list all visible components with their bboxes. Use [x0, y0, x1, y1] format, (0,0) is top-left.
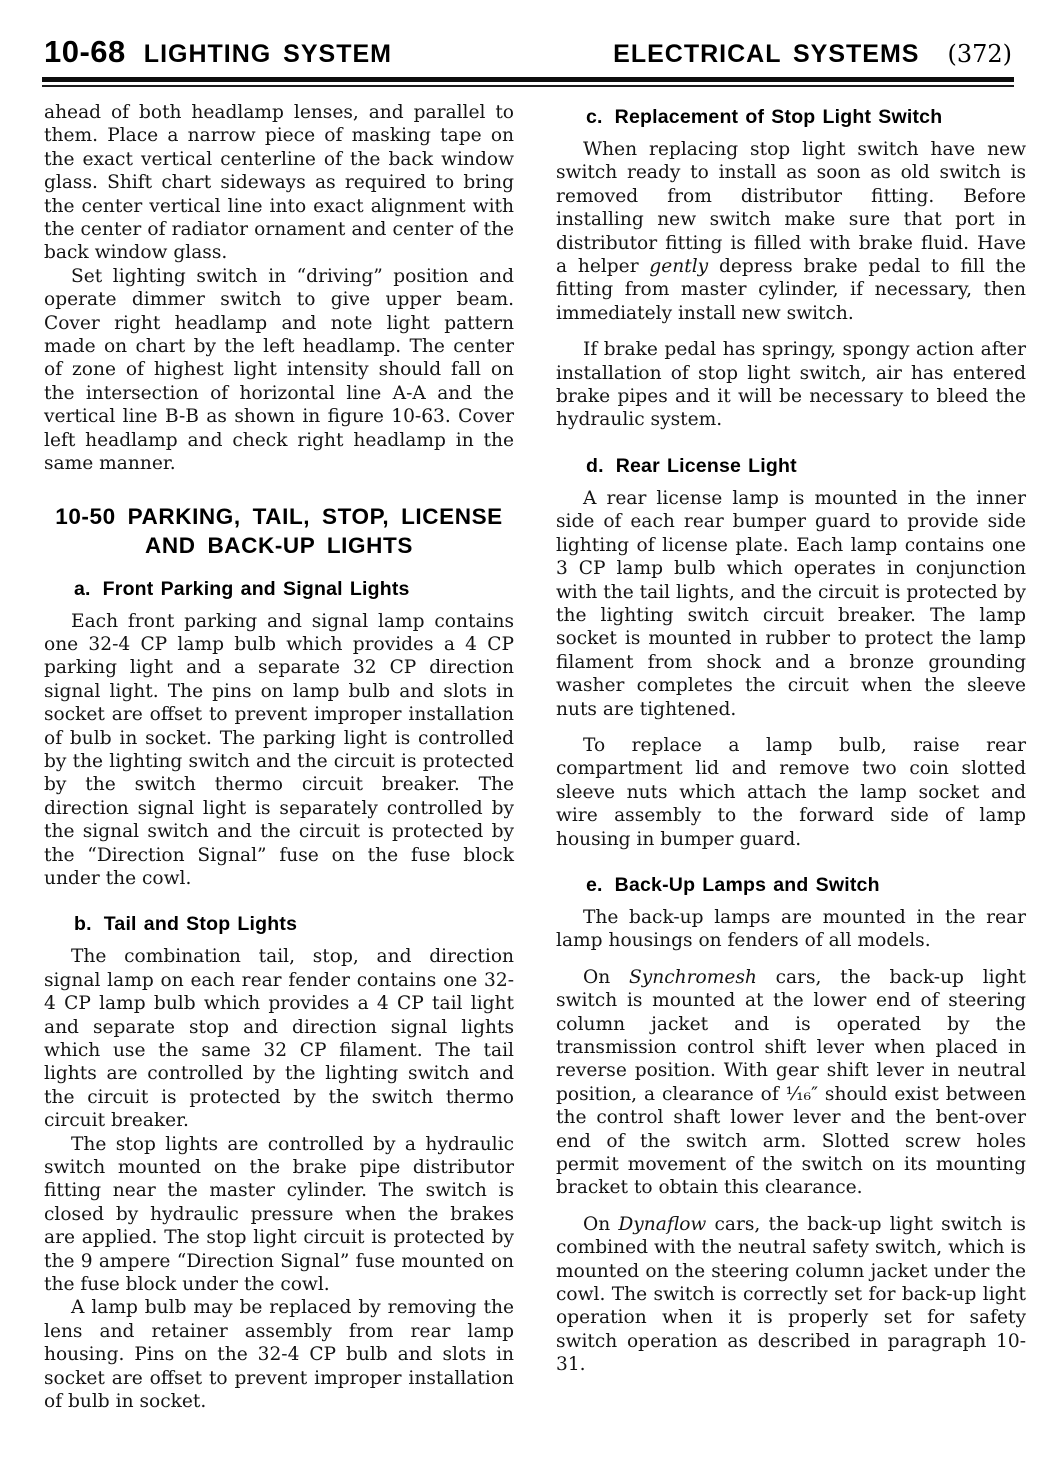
paragraph-dynaflow-switch: On Dynaflow cars, the back-up light swit… [556, 1213, 1026, 1377]
subsection-title-e: Back-Up Lamps and Switch [615, 874, 880, 896]
subsection-letter-c: c. [586, 106, 603, 128]
paragraph-front-parking: Each front parking and signal lamp conta… [44, 610, 514, 891]
subsection-heading-b: b.Tail and Stop Lights [44, 912, 514, 936]
two-column-body: ahead of both headlamp lenses, and paral… [44, 101, 1012, 1414]
paragraph-synchromesh-switch: On Synchromesh cars, the back-up light s… [556, 966, 1026, 1200]
subsection-heading-e: e.Back-Up Lamps and Switch [556, 873, 1026, 897]
subsection-title-a: Front Parking and Signal Lights [103, 578, 410, 600]
paragraph-when-replacing-switch: When replacing stop light switch have ne… [556, 138, 1026, 325]
paragraph-stop-lights-hydraulic: The stop lights are controlled by a hydr… [44, 1133, 514, 1297]
emphasis-dynaflow: Dynaflow [618, 1214, 706, 1235]
subsection-letter-b: b. [74, 913, 92, 935]
header-rule-thick [42, 77, 1014, 82]
paragraph-lamp-bulb-replace: A lamp bulb may be replaced by removing … [44, 1296, 514, 1413]
paragraph-tail-stop: The combination tail, stop, and directio… [44, 945, 514, 1132]
paragraph-to-replace-lamp-bulb: To replace a lamp bulb, raise rear compa… [556, 734, 1026, 851]
header-left: 10-68 LIGHTING SYSTEM [44, 34, 392, 70]
paragraph-segment: cars, the back-up light switch is combin… [556, 1214, 1026, 1375]
emphasis-synchromesh: Synchromesh [629, 967, 757, 988]
subsection-heading-a: a.Front Parking and Signal Lights [44, 577, 514, 601]
subsection-letter-e: e. [586, 874, 603, 896]
emphasis-gently: gently [649, 256, 708, 277]
paragraph-segment: cars, the back-up light switch is mounte… [556, 967, 1026, 1199]
section-page-code: 10-68 [44, 34, 126, 70]
paragraph-segment: On [583, 1214, 618, 1235]
page-number: (372) [947, 40, 1012, 68]
subsection-letter-d: d. [586, 455, 604, 477]
paragraph-if-brake-pedal: If brake pedal has springy, spongy actio… [556, 338, 1026, 432]
section-heading-line1: 10-50 PARKING, TAIL, STOP, LICENSE [44, 502, 514, 531]
subsection-title-b: Tail and Stop Lights [104, 913, 297, 935]
page-header: 10-68 LIGHTING SYSTEM ELECTRICAL SYSTEMS… [44, 34, 1012, 70]
section-heading-10-50: 10-50 PARKING, TAIL, STOP, LICENSE AND B… [44, 502, 514, 560]
header-right: ELECTRICAL SYSTEMS (372) [613, 40, 1012, 69]
column-right: c.Replacement of Stop Light Switch When … [556, 101, 1026, 1414]
manual-page: 10-68 LIGHTING SYSTEM ELECTRICAL SYSTEMS… [0, 0, 1056, 1464]
paragraph-set-lighting-switch: Set lighting switch in “driving” positio… [44, 265, 514, 476]
header-rule-thin [42, 85, 1014, 87]
subsection-heading-c: c.Replacement of Stop Light Switch [556, 105, 1026, 129]
column-left: ahead of both headlamp lenses, and paral… [44, 101, 514, 1414]
paragraph-segment: On [583, 967, 629, 988]
subsection-letter-a: a. [74, 578, 91, 600]
section-heading-line2: AND BACK-UP LIGHTS [44, 531, 514, 560]
chapter-title-left: LIGHTING SYSTEM [144, 40, 392, 69]
subsection-title-d: Rear License Light [616, 455, 797, 477]
paragraph-backup-lamps-mounted: The back-up lamps are mounted in the rea… [556, 906, 1026, 953]
chapter-title-right: ELECTRICAL SYSTEMS [613, 40, 919, 69]
paragraph-rear-license-lamp: A rear license lamp is mounted in the in… [556, 487, 1026, 721]
paragraph-continuation: ahead of both headlamp lenses, and paral… [44, 101, 514, 265]
subsection-heading-d: d.Rear License Light [556, 454, 1026, 478]
subsection-title-c: Replacement of Stop Light Switch [615, 106, 943, 128]
